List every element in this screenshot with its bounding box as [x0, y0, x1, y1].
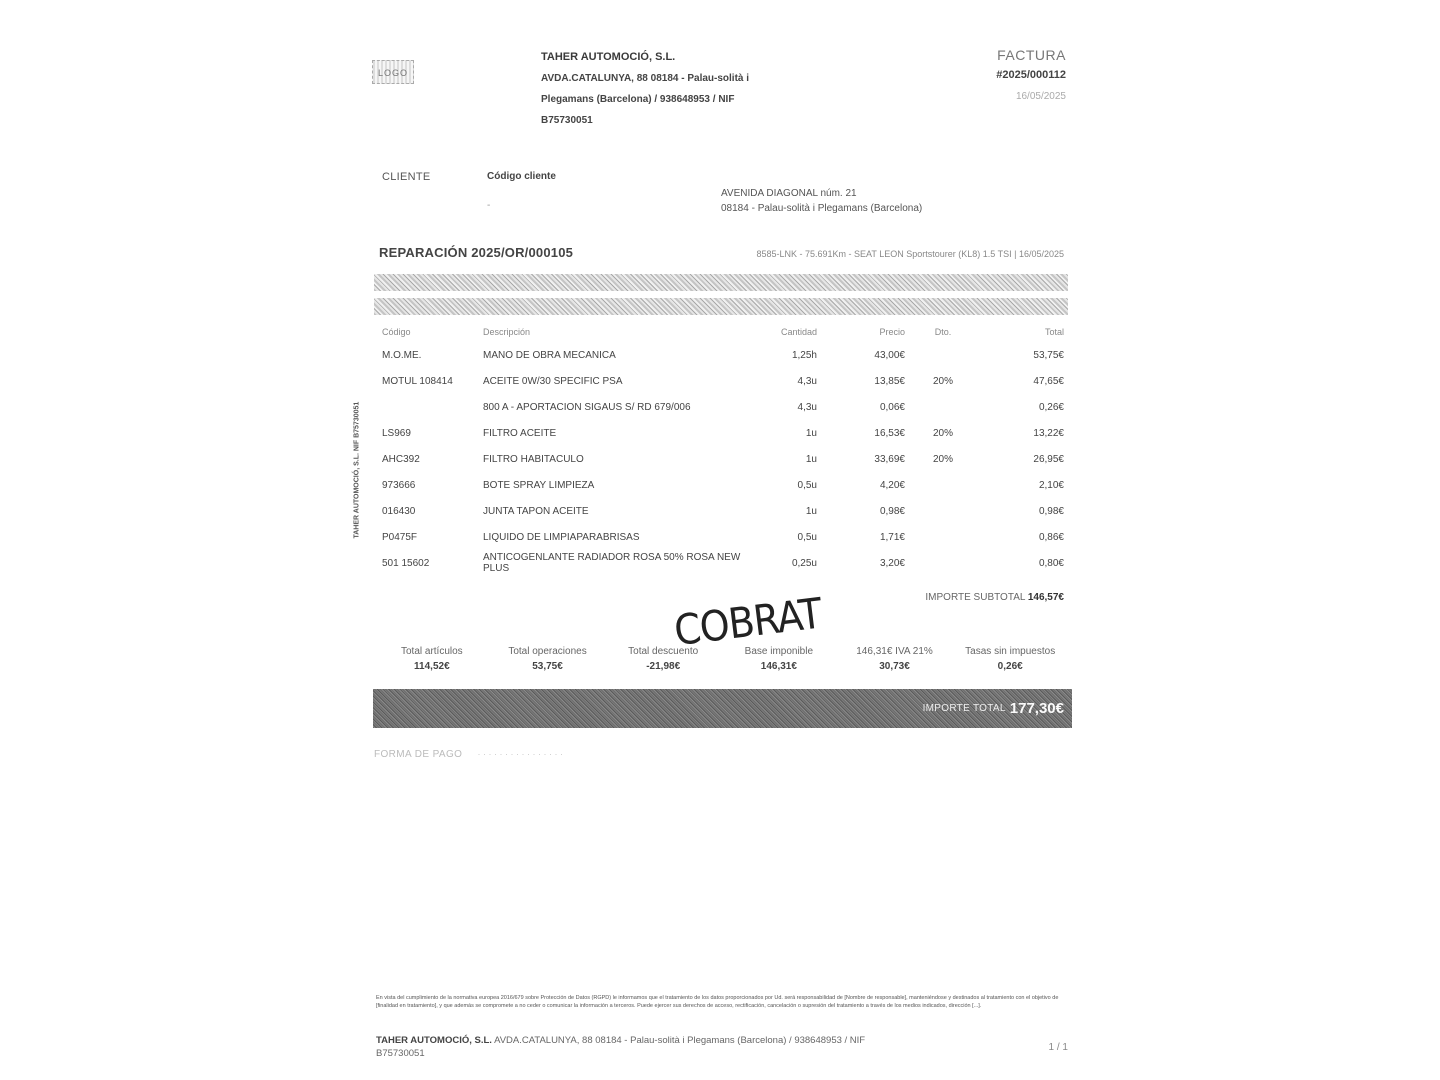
redacted-block — [374, 274, 1068, 291]
table-row: 501 15602ANTICOGENLANTE RADIADOR ROSA 50… — [378, 550, 1068, 576]
table-row: AHC392FILTRO HABITACULO1u33,69€20%26,95€ — [378, 446, 1068, 472]
summary-item: Total descuento-21,98€ — [605, 646, 721, 672]
cell-quantity: 4,3u — [769, 394, 821, 420]
client-address-line1: AVENIDA DIAGONAL núm. 21 — [721, 186, 922, 201]
cell-code: MOTUL 108414 — [378, 368, 479, 394]
table-row: 973666BOTE SPRAY LIMPIEZA0,5u4,20€2,10€ — [378, 472, 1068, 498]
subtotal-value: 146,57€ — [1028, 592, 1064, 603]
payment-value: · · · · · · · · · · · · · · · · — [478, 749, 563, 759]
cell-total: 26,95€ — [977, 446, 1068, 472]
cell-quantity: 1,25h — [769, 342, 821, 368]
cell-description: FILTRO ACEITE — [479, 420, 769, 446]
company-address-line1: AVDA.CATALUNYA, 88 08184 - Palau-solità … — [541, 68, 801, 89]
footer-company: TAHER AUTOMOCIÓ, S.L. AVDA.CATALUNYA, 88… — [376, 1034, 976, 1060]
company-info: TAHER AUTOMOCIÓ, S.L. AVDA.CATALUNYA, 88… — [541, 47, 801, 131]
company-logo: LOGO — [372, 60, 414, 84]
cell-quantity: 1u — [769, 420, 821, 446]
cell-discount — [909, 524, 977, 550]
cell-total: 2,10€ — [977, 472, 1068, 498]
total-bar: IMPORTE TOTAL 177,30€ — [373, 689, 1072, 728]
cell-code — [378, 394, 479, 420]
payment-method: FORMA DE PAGO · · · · · · · · · · · · · … — [374, 749, 563, 760]
header-code: Código — [378, 322, 479, 342]
cell-code: 016430 — [378, 498, 479, 524]
cell-code: 501 15602 — [378, 550, 479, 576]
header-discount: Dto. — [909, 322, 977, 342]
client-label: CLIENTE — [382, 171, 431, 183]
cell-description: 800 A - APORTACION SIGAUS S/ RD 679/006 — [479, 394, 769, 420]
cell-discount — [909, 550, 977, 576]
footer-company-name: TAHER AUTOMOCIÓ, S.L. — [376, 1035, 492, 1046]
repair-vehicle: 8585-LNK - 75.691Km - SEAT LEON Sportsto… — [757, 249, 1065, 259]
table-row: P0475FLIQUIDO DE LIMPIAPARABRISAS0,5u1,7… — [378, 524, 1068, 550]
cell-description: LIQUIDO DE LIMPIAPARABRISAS — [479, 524, 769, 550]
cell-total: 0,80€ — [977, 550, 1068, 576]
summary-label: Total operaciones — [490, 646, 606, 657]
doc-type: FACTURA — [996, 47, 1066, 63]
cell-price: 3,20€ — [821, 550, 909, 576]
summary-item: 146,31€ IVA 21%30,73€ — [837, 646, 953, 672]
subtotal: IMPORTE SUBTOTAL 146,57€ — [925, 592, 1064, 603]
header-price: Precio — [821, 322, 909, 342]
cell-code: LS969 — [378, 420, 479, 446]
cell-discount: 20% — [909, 420, 977, 446]
table-row: 016430JUNTA TAPON ACEITE1u0,98€0,98€ — [378, 498, 1068, 524]
cell-total: 0,86€ — [977, 524, 1068, 550]
company-name: TAHER AUTOMOCIÓ, S.L. — [541, 47, 801, 68]
company-nif: B75730051 — [541, 110, 801, 131]
cell-price: 16,53€ — [821, 420, 909, 446]
cell-total: 47,65€ — [977, 368, 1068, 394]
cell-total: 53,75€ — [977, 342, 1068, 368]
table-row: LS969FILTRO ACEITE1u16,53€20%13,22€ — [378, 420, 1068, 446]
header-quantity: Cantidad — [769, 322, 821, 342]
cell-quantity: 1u — [769, 498, 821, 524]
cell-code: 973666 — [378, 472, 479, 498]
summary-value: 114,52€ — [374, 661, 490, 672]
table-row: MOTUL 108414ACEITE 0W/30 SPECIFIC PSA4,3… — [378, 368, 1068, 394]
table-row: M.O.ME.MANO DE OBRA MECANICA1,25h43,00€5… — [378, 342, 1068, 368]
cell-code: M.O.ME. — [378, 342, 479, 368]
items-table: Código Descripción Cantidad Precio Dto. … — [378, 322, 1068, 576]
cell-discount — [909, 342, 977, 368]
redacted-block — [374, 298, 1068, 315]
cell-description: ANTICOGENLANTE RADIADOR ROSA 50% ROSA NE… — [479, 550, 769, 576]
cell-quantity: 4,3u — [769, 368, 821, 394]
cell-discount: 20% — [909, 368, 977, 394]
cell-description: ACEITE 0W/30 SPECIFIC PSA — [479, 368, 769, 394]
cell-total: 13,22€ — [977, 420, 1068, 446]
cell-price: 4,20€ — [821, 472, 909, 498]
table-row: 800 A - APORTACION SIGAUS S/ RD 679/0064… — [378, 394, 1068, 420]
summary-item: Total artículos114,52€ — [374, 646, 490, 672]
table-header-row: Código Descripción Cantidad Precio Dto. … — [378, 322, 1068, 342]
summary-value: 0,26€ — [952, 661, 1068, 672]
total-value: 177,30€ — [1010, 700, 1064, 717]
summary-item: Base imponible146,31€ — [721, 646, 837, 672]
cell-quantity: 0,5u — [769, 524, 821, 550]
repair-title: REPARACIÓN 2025/OR/000105 — [379, 245, 573, 260]
cell-total: 0,98€ — [977, 498, 1068, 524]
cell-price: 1,71€ — [821, 524, 909, 550]
cell-quantity: 1u — [769, 446, 821, 472]
client-code-value: - — [487, 200, 490, 211]
cell-price: 0,98€ — [821, 498, 909, 524]
cell-discount — [909, 498, 977, 524]
header-description: Descripción — [479, 322, 769, 342]
cell-price: 43,00€ — [821, 342, 909, 368]
cell-quantity: 0,25u — [769, 550, 821, 576]
invoice-date: 16/05/2025 — [996, 91, 1066, 102]
cell-code: P0475F — [378, 524, 479, 550]
cell-discount: 20% — [909, 446, 977, 472]
subtotal-label: IMPORTE SUBTOTAL — [925, 592, 1025, 603]
payment-label: FORMA DE PAGO — [374, 749, 462, 760]
cell-discount — [909, 394, 977, 420]
invoice-page: LOGO TAHER AUTOMOCIÓ, S.L. AVDA.CATALUNY… — [0, 0, 1440, 1080]
side-company-text: TAHER AUTOMOCIÓ, S.L. NIF B75730051 — [354, 379, 361, 539]
summary-value: -21,98€ — [605, 661, 721, 672]
summary-label: Total descuento — [605, 646, 721, 657]
legal-notice: En vista del cumplimiento de la normativ… — [376, 994, 1076, 1010]
cell-price: 0,06€ — [821, 394, 909, 420]
cell-code: AHC392 — [378, 446, 479, 472]
cell-description: FILTRO HABITACULO — [479, 446, 769, 472]
invoice-number: #2025/000112 — [996, 69, 1066, 81]
cell-price: 33,69€ — [821, 446, 909, 472]
cell-description: JUNTA TAPON ACEITE — [479, 498, 769, 524]
header-total: Total — [977, 322, 1068, 342]
page-number: 1 / 1 — [1049, 1042, 1068, 1053]
totals-summary: Total artículos114,52€ Total operaciones… — [374, 646, 1068, 672]
summary-label: Tasas sin impuestos — [952, 646, 1068, 657]
cell-discount — [909, 472, 977, 498]
cell-total: 0,26€ — [977, 394, 1068, 420]
cell-price: 13,85€ — [821, 368, 909, 394]
client-code-label: Código cliente — [487, 171, 556, 182]
summary-value: 53,75€ — [490, 661, 606, 672]
footer-company-details: AVDA.CATALUNYA, 88 08184 - Palau-solità … — [494, 1035, 865, 1046]
cell-description: MANO DE OBRA MECANICA — [479, 342, 769, 368]
cell-quantity: 0,5u — [769, 472, 821, 498]
company-address-line2: Plegamans (Barcelona) / 938648953 / NIF — [541, 89, 801, 110]
client-address-line2: 08184 - Palau-solità i Plegamans (Barcel… — [721, 201, 922, 216]
cell-description: BOTE SPRAY LIMPIEZA — [479, 472, 769, 498]
summary-label: 146,31€ IVA 21% — [837, 646, 953, 657]
summary-label: Total artículos — [374, 646, 490, 657]
summary-item: Total operaciones53,75€ — [490, 646, 606, 672]
invoice-header: FACTURA #2025/000112 16/05/2025 — [996, 47, 1066, 102]
summary-value: 30,73€ — [837, 661, 953, 672]
summary-value: 146,31€ — [721, 661, 837, 672]
total-label: IMPORTE TOTAL — [923, 703, 1006, 714]
summary-label: Base imponible — [721, 646, 837, 657]
footer-company-nif: B75730051 — [376, 1048, 425, 1059]
summary-item: Tasas sin impuestos0,26€ — [952, 646, 1068, 672]
client-address: AVENIDA DIAGONAL núm. 21 08184 - Palau-s… — [721, 186, 922, 216]
